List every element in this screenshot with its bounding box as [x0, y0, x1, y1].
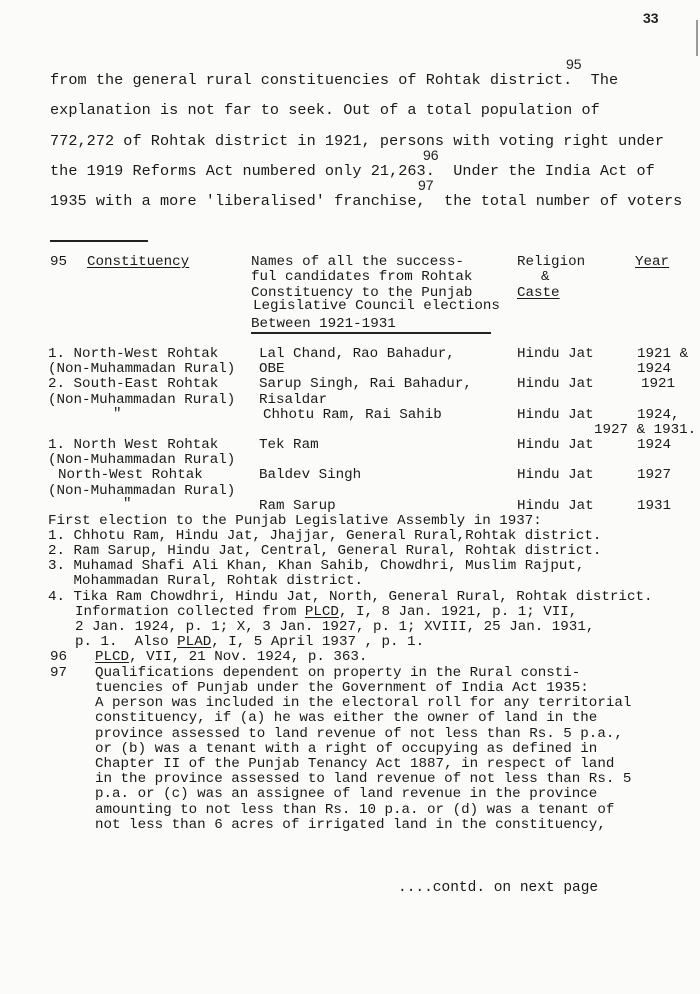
source-line-3-rest: , I, 5 April 1937 , p. 1. [211, 634, 424, 650]
row-5-year: 1927 [637, 468, 671, 484]
footnote-number-95: 95 [50, 255, 67, 271]
row-5-names: Baldev Singh [259, 468, 361, 484]
footnote-96-text: PLCD, VII, 21 Nov. 1924, p. 363. [95, 650, 367, 666]
row-5-constituency-line-2: (Non-Muhammadan Rural) [48, 484, 235, 500]
header-names-line-5: Between 1921-1931 [251, 317, 396, 333]
row-2-religion: Hindu Jat [517, 377, 594, 393]
footnote-96-rest: , VII, 21 Nov. 1924, p. 363. [129, 649, 367, 665]
body-line-3: 772,272 of Rohtak district in 1921, pers… [50, 132, 664, 150]
row-1-names-line-1: Lal Chand, Rao Bahadur, [259, 347, 455, 363]
row-4-year: 1924 [637, 438, 671, 454]
scan-edge-mark [696, 20, 698, 56]
header-names-underline [251, 332, 491, 334]
row-3-religion: Hindu Jat [517, 408, 594, 424]
header-names-line-2: ful candidates from Rohtak [251, 270, 472, 286]
footnote-marker-95: 95 [566, 56, 582, 72]
row-4-religion: Hindu Jat [517, 438, 594, 454]
source-plad: PLAD [177, 634, 211, 650]
source-plcd: PLCD [305, 604, 339, 620]
row-4-names: Tek Ram [259, 438, 319, 454]
source-prefix: Information collected from [75, 604, 305, 620]
continuation-note: ....contd. on next page [398, 881, 598, 897]
source-line-3-prefix: p. 1. Also [75, 634, 177, 650]
row-2-year: 1921 [641, 377, 675, 393]
body-line-5: 1935 with a more 'liberalised' franchise… [50, 192, 682, 210]
footnote-separator [50, 240, 148, 242]
footnote-marker-96: 96 [423, 147, 439, 163]
page-number: 33 [643, 10, 659, 26]
row-5-religion: Hindu Jat [517, 468, 594, 484]
footnote-97-line-11: not less than 6 acres of irrigated land … [95, 818, 606, 834]
row-1-religion: Hindu Jat [517, 347, 594, 363]
footnote-96-source: PLCD [95, 649, 129, 665]
header-names-line-4: Legislative Council elections [253, 299, 500, 315]
footnote-number-96: 96 [50, 650, 67, 666]
row-3-ditto-mark: " [113, 407, 122, 423]
row-2-names-line-1: Sarup Singh, Rai Bahadur, [259, 377, 472, 393]
header-ampersand: & [541, 270, 550, 286]
row-5-constituency-line-1: North-West Rohtak [58, 468, 203, 484]
row-2-constituency-line-2: (Non-Muhammadan Rural) [48, 393, 235, 409]
footnote-97-line-9: p.a. or (c) was an assignee of land reve… [95, 787, 597, 803]
footnote-number-97: 97 [50, 666, 67, 682]
header-year: Year [635, 255, 669, 271]
row-6-year: 1931 [637, 499, 671, 515]
body-line-4: the 1919 Reforms Act numbered only 21,26… [50, 162, 655, 180]
body-line-1: from the general rural constituencies of… [50, 71, 618, 89]
footnote-97-line-4: constituency, if (a) he was either the o… [95, 711, 597, 727]
source-line-1-rest: , I, 8 Jan. 1921, p. 1; VII, [339, 604, 577, 620]
row-3-names: Chhotu Ram, Rai Sahib [263, 408, 442, 424]
footnote-marker-97: 97 [418, 177, 434, 193]
assembly-item-3-line-2: Mohammadan Rural, Rohtak district. [48, 574, 363, 590]
row-2-constituency-line-1: 2. South-East Rohtak [48, 377, 218, 393]
row-6-ditto-mark: " [123, 497, 132, 513]
header-constituency: Constituency [87, 255, 189, 271]
header-religion: Religion [517, 255, 585, 271]
header-caste: Caste [517, 286, 560, 302]
body-line-2: explanation is not far to seek. Out of a… [50, 101, 600, 119]
